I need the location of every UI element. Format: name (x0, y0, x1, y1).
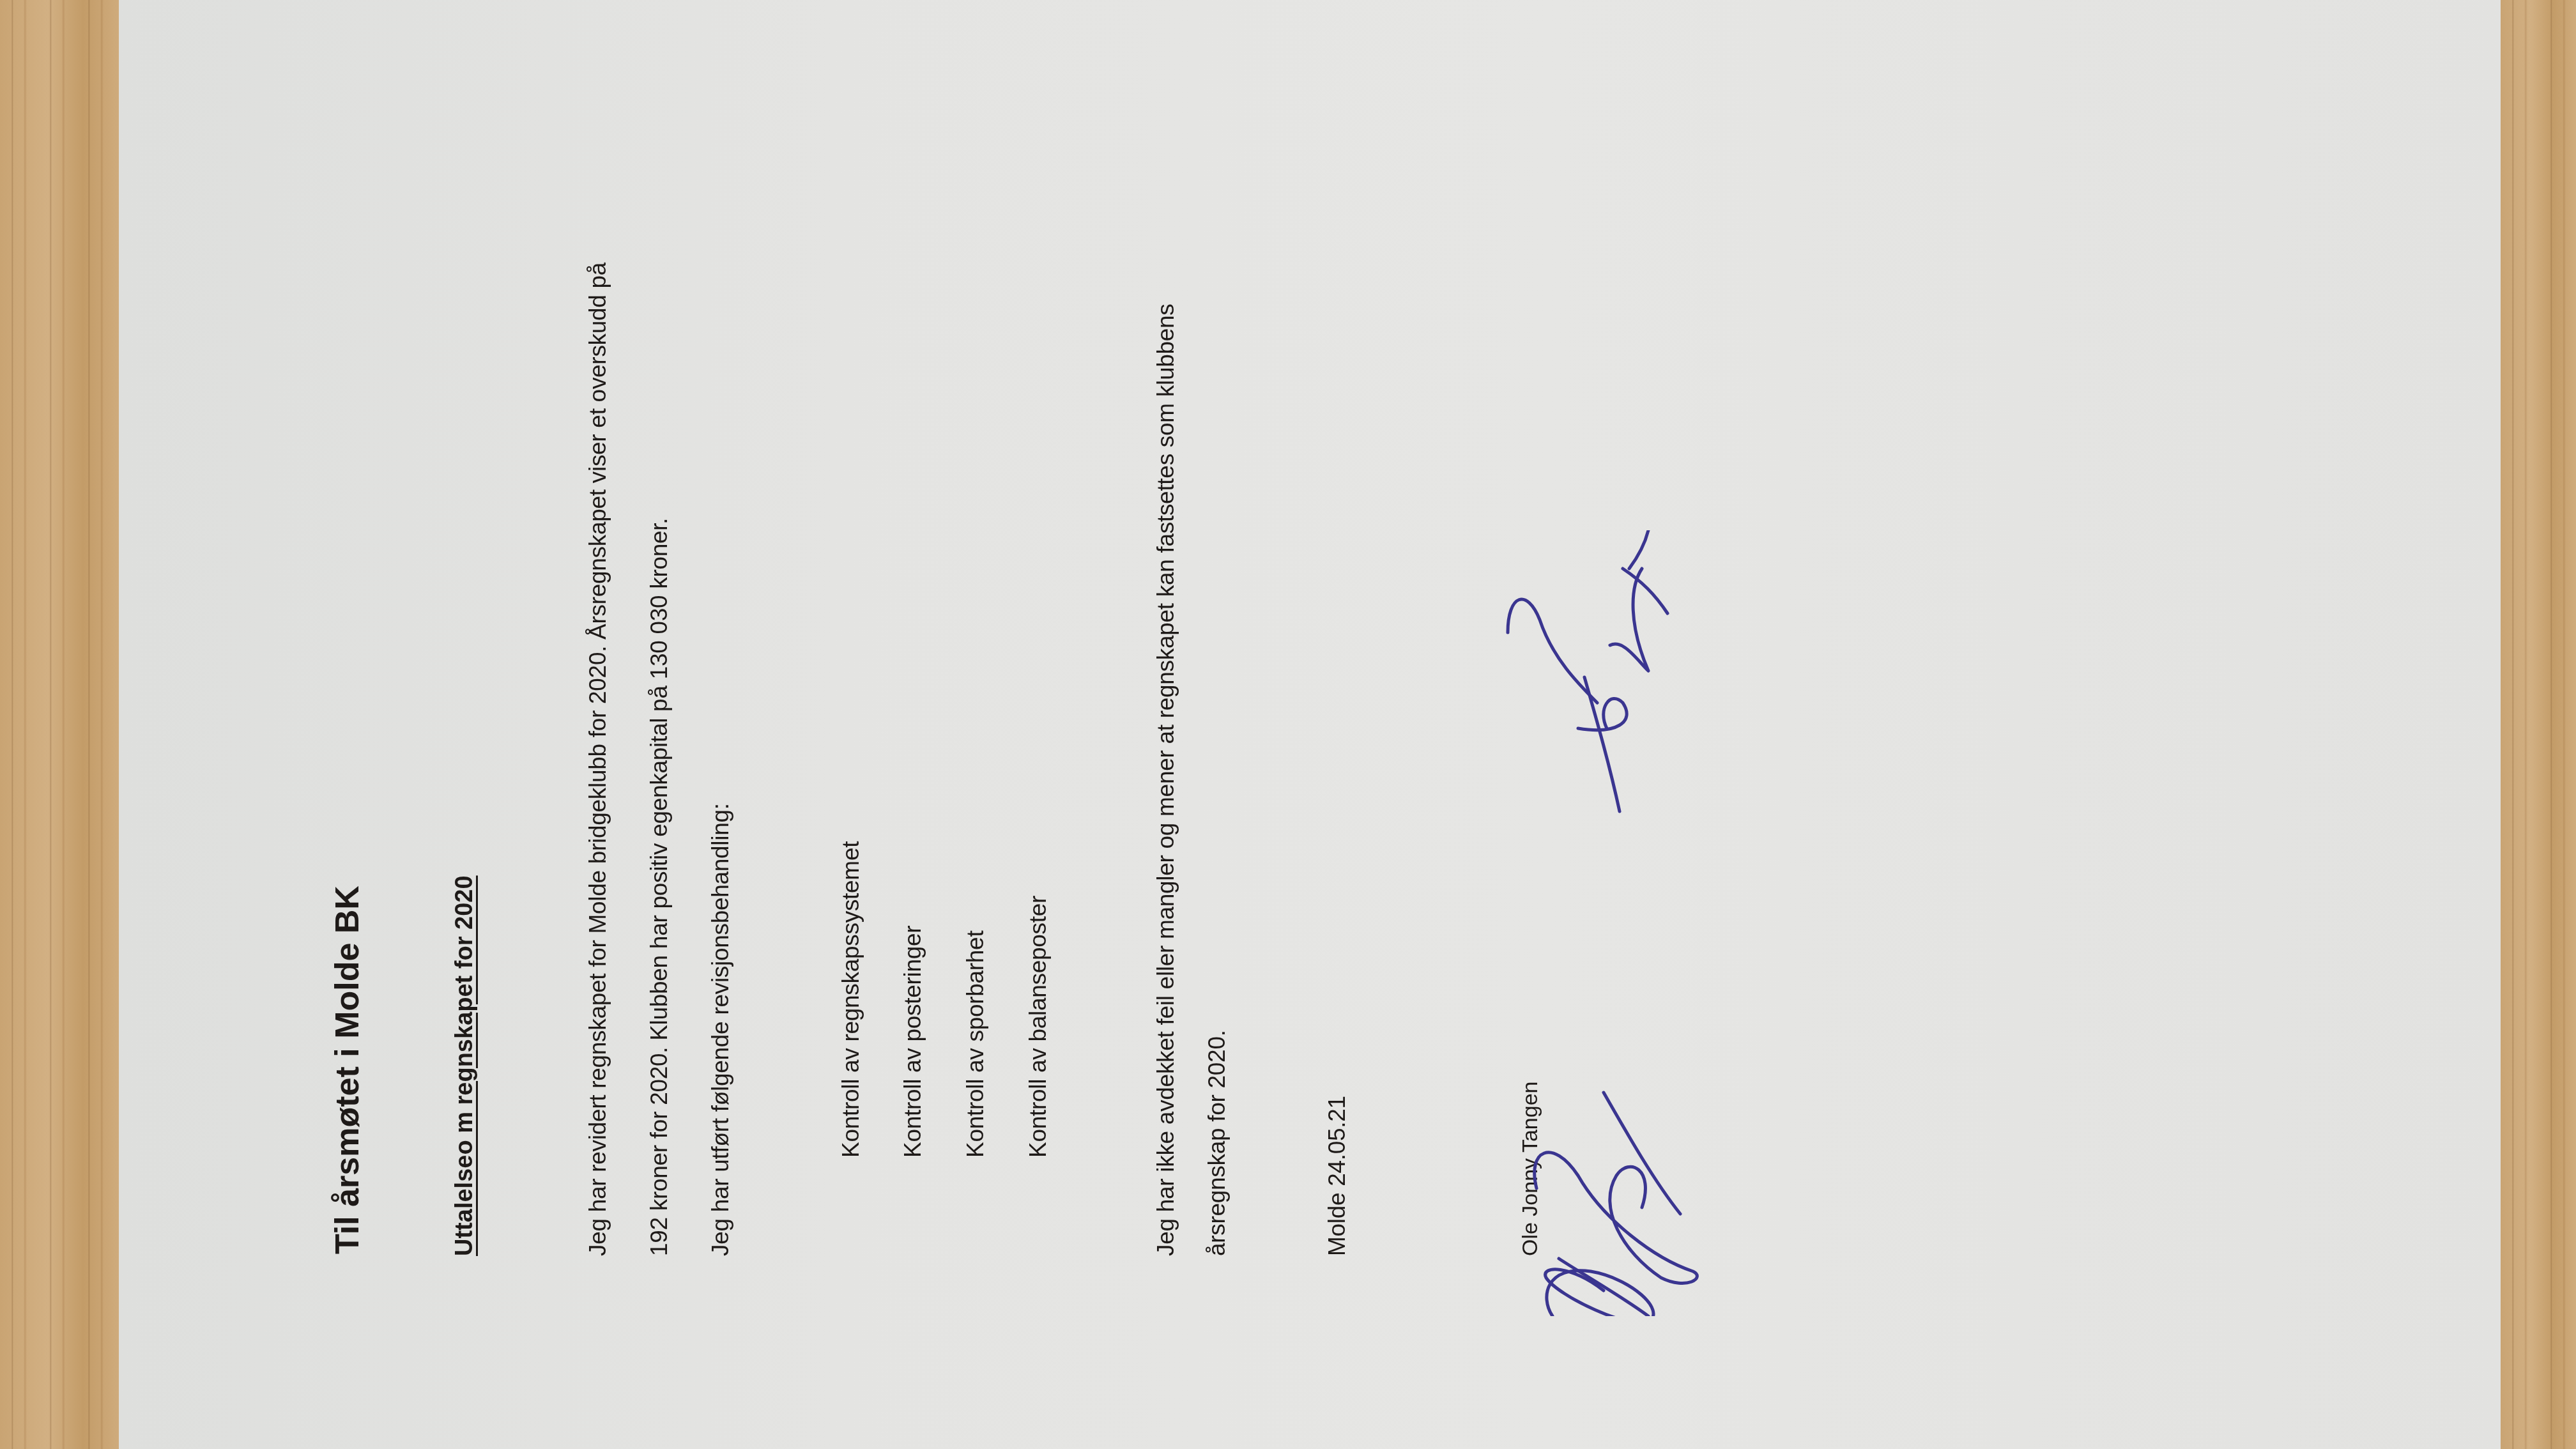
check-item: Kontroll av sporbarhet (963, 931, 987, 1158)
paragraph2-line1: Jeg har ikke avdekket feil eller mangler… (1154, 304, 1177, 1257)
check-item: Kontroll av balanseposter (1026, 896, 1050, 1158)
check-item: Kontroll av posteringer (901, 926, 924, 1158)
handwritten-signature (1501, 530, 1712, 1316)
paragraph1-line3: Jeg har utført følgende revisjonsbehandl… (709, 803, 732, 1256)
paragraph2-line2: årsregnskap for 2020. (1205, 1030, 1229, 1256)
paragraph1-line2: 192 kroner for 2020. Klubben har positiv… (647, 518, 671, 1256)
check-item: Kontroll av regnskapssystemet (839, 841, 862, 1158)
wooden-table-left (0, 0, 119, 1449)
place-date: Molde 24.05.21 (1325, 1096, 1349, 1256)
paragraph1-line1: Jeg har revidert regnskapet for Molde br… (586, 263, 609, 1256)
wooden-table-right (2501, 0, 2576, 1449)
document-subheading: Uttalelseo m regnskapet for 2020 (452, 875, 477, 1256)
document-title: Til årsmøtet i Molde BK (331, 885, 364, 1254)
